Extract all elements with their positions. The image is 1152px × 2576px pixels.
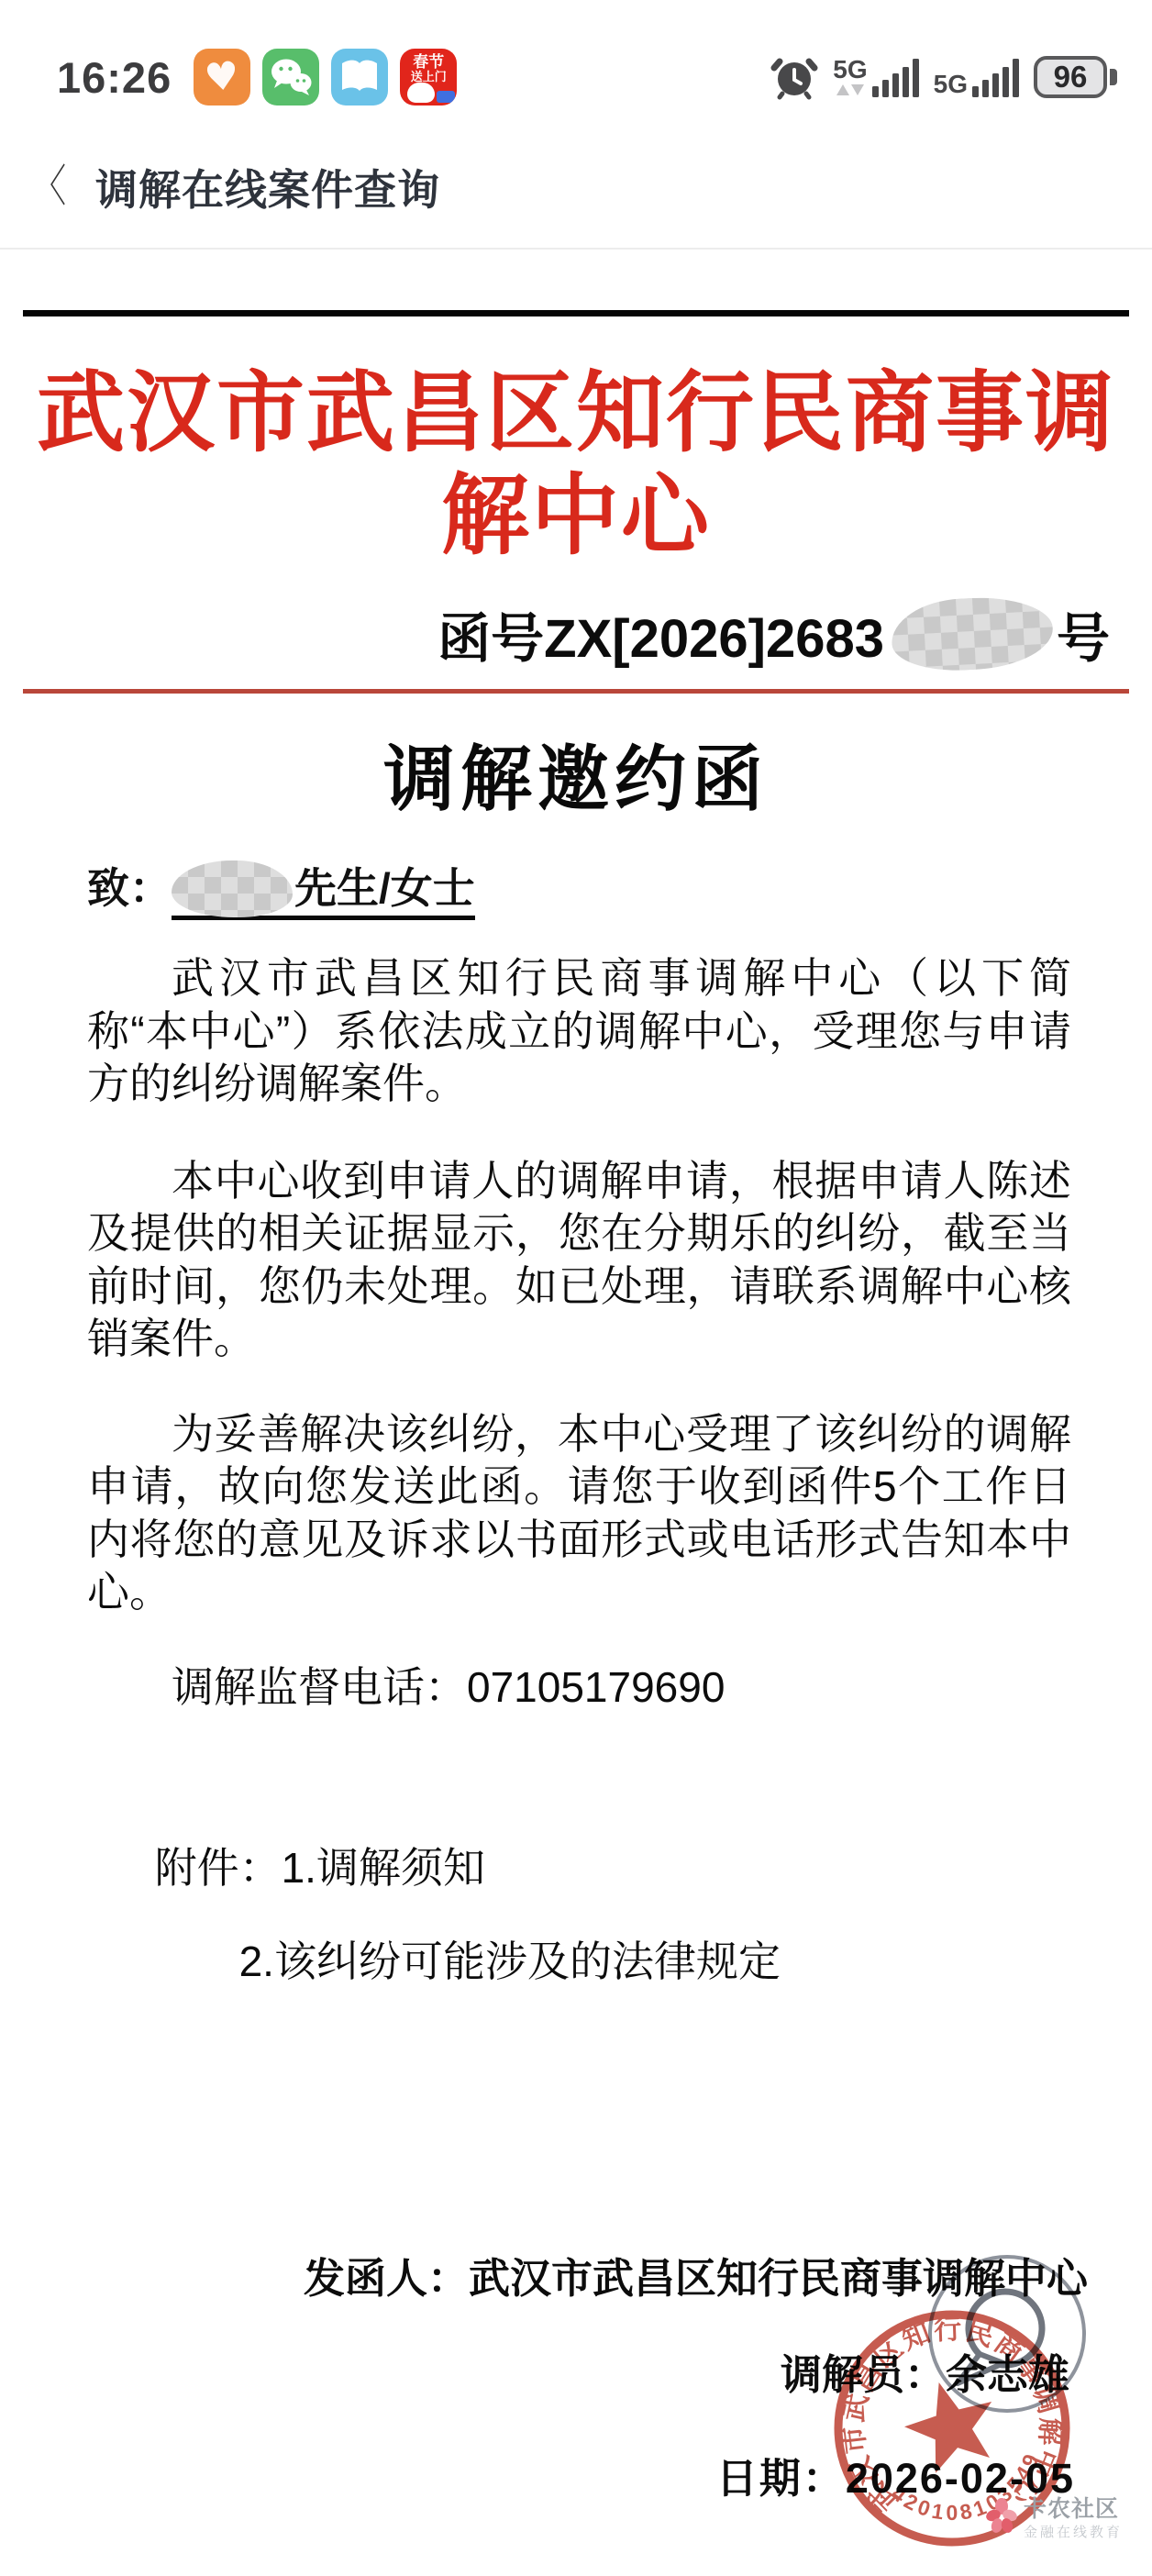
doc-title: 调解邀约函 bbox=[0, 739, 1152, 818]
page-title: 调解在线案件查询 bbox=[95, 157, 440, 217]
nav-divider bbox=[0, 248, 1152, 250]
paragraph-3: 为妥善解决该纠纷，本中心受理了该纠纷的调解申请，故向您发送此函。请您于收到函件5… bbox=[0, 1408, 1152, 1619]
open-book-icon bbox=[331, 49, 388, 105]
bubble-tail-icon bbox=[958, 2354, 1003, 2383]
health-app-icon: ♥ bbox=[194, 49, 250, 105]
battery-nub bbox=[1110, 69, 1117, 85]
wechat-bubbles-icon bbox=[262, 49, 319, 105]
signal-bars-icon bbox=[872, 57, 919, 97]
red-rule bbox=[23, 689, 1129, 694]
network-signal-2: 5G bbox=[934, 57, 1019, 97]
salutation-line: 致：先生/女士 bbox=[0, 861, 1152, 917]
reference-number-line: 函号ZX[2026]2683号 bbox=[0, 595, 1152, 672]
data-arrows-icon bbox=[836, 84, 864, 97]
jd-badge bbox=[437, 91, 455, 103]
org-title-line-1: 武汉市武昌区知行民商事调 bbox=[0, 362, 1152, 465]
org-title-line-2: 解中心 bbox=[0, 465, 1152, 568]
supervision-phone-line: 调解监督电话：07105179690 bbox=[0, 1661, 1152, 1715]
battery-percent: 96 bbox=[1054, 60, 1088, 94]
back-chevron-icon[interactable]: 〈 bbox=[33, 165, 66, 209]
alarm-clock-icon bbox=[770, 53, 818, 101]
network-type-label: 5G bbox=[833, 57, 867, 83]
network-signal-1: 5G bbox=[833, 57, 918, 97]
redaction-mosaic bbox=[890, 594, 1055, 673]
jd-icon-text-2: 送上门 bbox=[411, 71, 447, 83]
status-bar: 16:26 ♥ bbox=[0, 0, 1152, 112]
reader-app-icon bbox=[331, 49, 388, 105]
org-title: 武汉市武昌区知行民商事调 解中心 bbox=[0, 362, 1152, 568]
date-line: 日期：2026-02-05 bbox=[0, 2452, 1075, 2504]
paragraph-2: 本中心收到申请人的调解申请，根据申请人陈述及提供的相关证据显示，您在分期乐的纠纷… bbox=[0, 1155, 1152, 1366]
watermark-subtitle: 金融在线教育 bbox=[1024, 2524, 1123, 2542]
salutation-suffix: 先生/女士 bbox=[294, 864, 475, 912]
recipient-underlined: 先生/女士 bbox=[172, 864, 475, 920]
phone-screen: 16:26 ♥ bbox=[0, 0, 1152, 2576]
jd-dog-icon bbox=[407, 83, 435, 103]
floating-circle-widget[interactable] bbox=[925, 2251, 1090, 2416]
salutation-prefix: 致： bbox=[87, 864, 172, 912]
reference-prefix: 函号ZX[2026]2683 bbox=[438, 609, 884, 669]
top-rule bbox=[23, 310, 1129, 316]
nav-bar: 〈 调解在线案件查询 bbox=[0, 138, 1152, 237]
attachment-line-2: 2.该纠纷可能涉及的法律规定 bbox=[0, 1936, 1152, 1989]
signal-bars-icon bbox=[972, 57, 1019, 97]
watermark-logo-icon bbox=[985, 2497, 1018, 2534]
jd-icon-text-1: 春节 bbox=[413, 53, 444, 71]
network-type-label: 5G bbox=[934, 72, 968, 97]
paragraph-1: 武汉市武昌区知行民商事调解中心（以下简称“本中心”）系依法成立的调解中心，受理您… bbox=[0, 952, 1152, 1111]
notification-app-icons: ♥ 春节 送上门 bbox=[194, 49, 457, 105]
battery-indicator: 96 bbox=[1034, 56, 1117, 98]
status-indicators: 5G 5G 96 bbox=[770, 53, 1117, 101]
reference-suffix: 号 bbox=[1057, 609, 1110, 669]
jd-festival-app-icon: 春节 送上门 bbox=[400, 49, 457, 105]
heart-icon: ♥ bbox=[203, 56, 241, 98]
clock-time: 16:26 bbox=[57, 52, 172, 103]
attachment-line-1: 附件：1.调解须知 bbox=[0, 1842, 1152, 1895]
wechat-app-icon bbox=[262, 49, 319, 105]
watermark: 卡农社区 金融在线教育 bbox=[985, 2497, 1123, 2542]
redaction-mosaic bbox=[172, 861, 293, 917]
watermark-title: 卡农社区 bbox=[1024, 2497, 1123, 2522]
mediator-line: 调解员：余志雄 bbox=[0, 2348, 1069, 2401]
letter-document: 武汉市武昌区知行民商事调 解中心 函号ZX[2026]2683号 调解邀约函 致… bbox=[0, 310, 1152, 2504]
